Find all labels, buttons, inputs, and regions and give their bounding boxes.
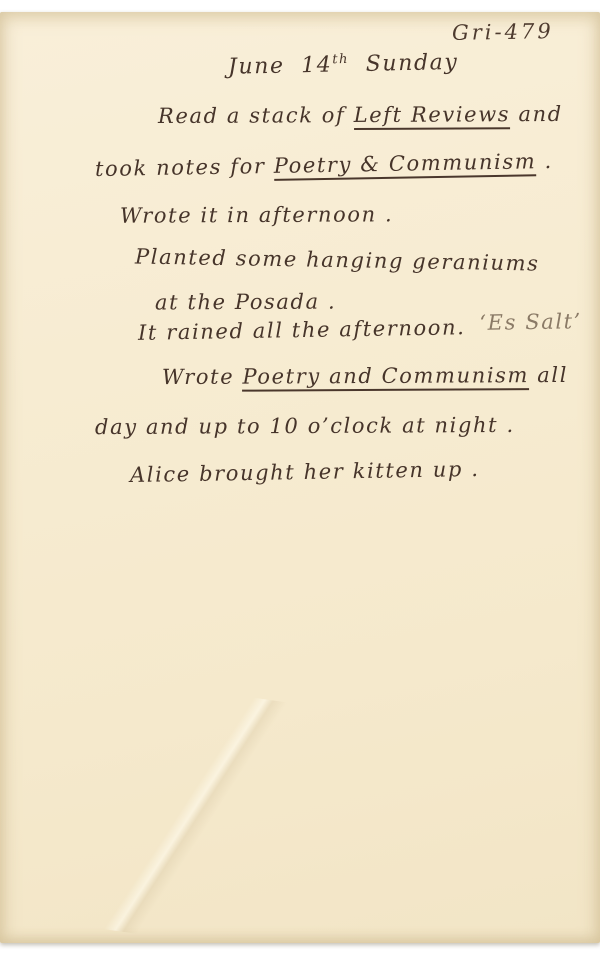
entry-line: day and up to 10 o’clock at night . [95, 413, 515, 440]
entry-line: Read a stack of Left Reviews and [158, 102, 563, 129]
underlined-phrase: Poetry & Communism [274, 149, 537, 181]
catalog-number: Gri-479 [452, 19, 554, 46]
line-text: all [529, 363, 568, 387]
line-text: . [536, 149, 553, 173]
entry-line: Wrote it in afternoon . [120, 202, 393, 229]
line-text: took notes for [95, 154, 274, 181]
line-text: Read a stack of [158, 103, 354, 128]
underlined-phrase: Poetry and Communism [242, 363, 529, 391]
underlined-phrase: Left Reviews [354, 102, 511, 130]
entry-line: Wrote Poetry and Communism all [162, 363, 568, 390]
scanned-page: Gri-479 June 14th Sunday Read a stack of… [0, 0, 600, 960]
quoted-phrase: ‘Es Salt’ [479, 309, 582, 335]
line-text: and [510, 102, 563, 126]
title-day: Sunday [349, 50, 459, 77]
title-ordinal-suffix: th [332, 52, 349, 67]
line-text: It rained all the afternoon. [138, 315, 466, 345]
entry-line: at the Posada . [155, 290, 336, 316]
line-text: Wrote [162, 365, 243, 389]
title-date: June 14 [228, 53, 333, 80]
entry-title: June 14th Sunday [228, 50, 459, 82]
